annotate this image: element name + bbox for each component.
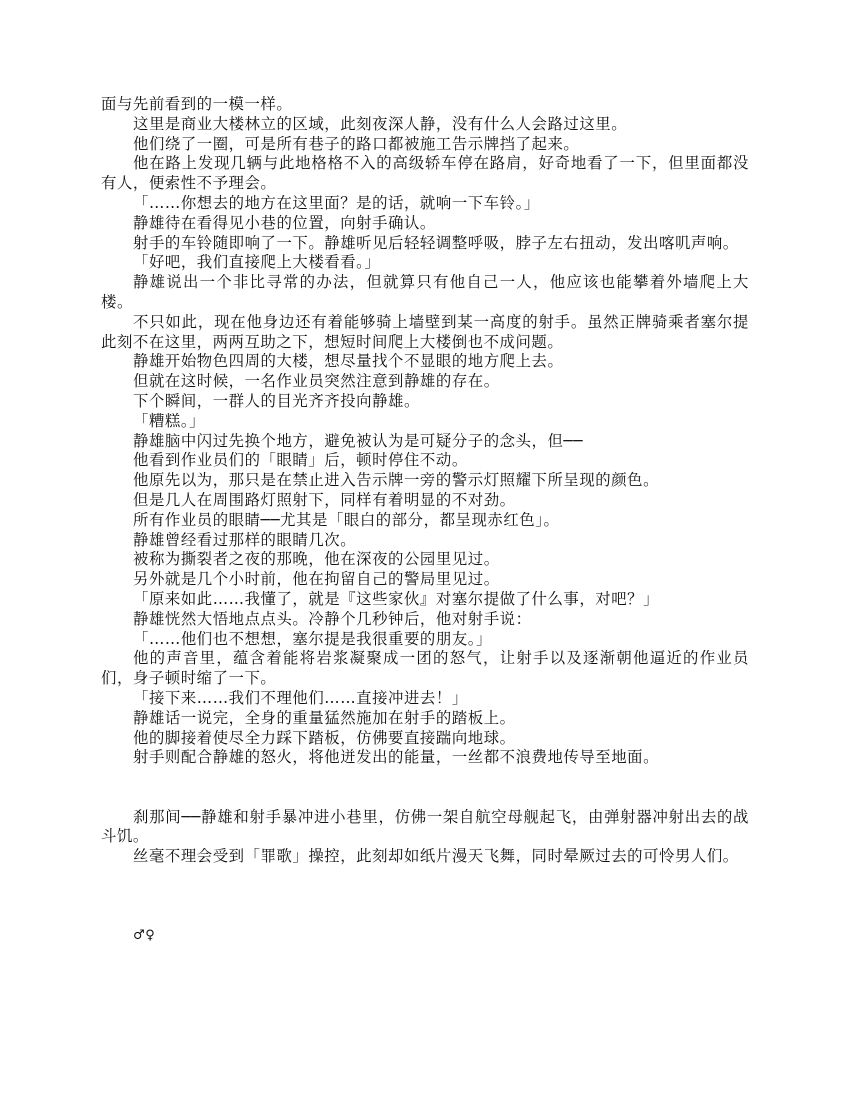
paragraph: 「接下来……我们不理他们……直接冲进去！」	[101, 689, 749, 709]
paragraph: 这里是商业大楼林立的区域，此刻夜深人静，没有什么人会路过这里。	[101, 115, 749, 135]
paragraph: 「……你想去的地方在这里面？是的话，就响一下车铃。」	[101, 194, 749, 214]
paragraph: 静雄待在看得见小巷的位置，向射手确认。	[101, 214, 749, 234]
paragraph: 静雄恍然大悟地点点头。冷静个几秒钟后，他对射手说：	[101, 610, 749, 630]
paragraph: 被称为撕裂者之夜的那晚，他在深夜的公园里见过。	[101, 550, 749, 570]
paragraph: 静雄说出一个非比寻常的办法，但就算只有他自己一人，他应该也能攀着外墙爬上大楼。	[101, 273, 749, 313]
paragraph: 但是几人在周围路灯照射下，同样有着明显的不对劲。	[101, 491, 749, 511]
paragraph: 刹那间──静雄和射手暴冲进小巷里，仿佛一架自航空母舰起飞，由弹射器冲射出去的战斗…	[101, 808, 749, 848]
paragraph: 另外就是几个小时前，他在拘留自己的警局里见过。	[101, 570, 749, 590]
paragraph: 「原来如此……我懂了，就是『这些家伙』对塞尔提做了什么事，对吧？」	[101, 590, 749, 610]
paragraph: 他原先以为，那只是在禁止进入告示牌一旁的警示灯照耀下所呈现的颜色。	[101, 471, 749, 491]
paragraph: 射手的车铃随即响了一下。静雄听见后轻轻调整呼吸，脖子左右扭动，发出喀叽声响。	[101, 234, 749, 254]
paragraph: 面与先前看到的一模一样。	[101, 95, 749, 115]
paragraph: 下个瞬间，一群人的目光齐齐投向静雄。	[101, 392, 749, 412]
section-break	[101, 867, 749, 926]
paragraph: 丝毫不理会受到「罪歌」操控，此刻却如纸片漫天飞舞，同时晕厥过去的可怜男人们。	[101, 847, 749, 867]
paragraph: 射手则配合静雄的怒火，将他迸发出的能量，一丝都不浪费地传导至地面。	[101, 748, 749, 768]
paragraph: 「糟糕。」	[101, 412, 749, 432]
paragraph: 他在路上发现几辆与此地格格不入的高级轿车停在路肩，好奇地看了一下，但里面都没有人…	[101, 154, 749, 194]
section-1: 面与先前看到的一模一样。 这里是商业大楼林立的区域，此刻夜深人静，没有什么人会路…	[101, 95, 749, 768]
paragraph: 他的声音里，蕴含着能将岩浆凝聚成一团的怒气，让射手以及逐渐朝他逼近的作业员们，身…	[101, 649, 749, 689]
paragraph: 「……他们也不想想，塞尔提是我很重要的朋友。」	[101, 630, 749, 650]
paragraph: 「好吧，我们直接爬上大楼看看。」	[101, 253, 749, 273]
paragraph: 但就在这时候，一名作业员突然注意到静雄的存在。	[101, 372, 749, 392]
document-page: 面与先前看到的一模一样。 这里是商业大楼林立的区域，此刻夜深人静，没有什么人会路…	[101, 95, 749, 946]
paragraph: 所有作业员的眼睛──尤其是「眼白的部分，都呈现赤红色」。	[101, 511, 749, 531]
paragraph: 静雄开始物色四周的大楼，想尽量找个不显眼的地方爬上去。	[101, 352, 749, 372]
paragraph: 他的脚接着使尽全力踩下踏板，仿佛要直接踹向地球。	[101, 729, 749, 749]
paragraph: 静雄脑中闪过先换个地方，避免被认为是可疑分子的念头，但──	[101, 432, 749, 452]
paragraph: 静雄曾经看过那样的眼睛几次。	[101, 531, 749, 551]
paragraph: 他们绕了一圈，可是所有巷子的路口都被施工告示牌挡了起来。	[101, 135, 749, 155]
section-2: 刹那间──静雄和射手暴冲进小巷里，仿佛一架自航空母舰起飞，由弹射器冲射出去的战斗…	[101, 808, 749, 867]
paragraph: 不只如此，现在他身边还有着能够骑上墙壁到某一高度的射手。虽然正牌骑乘者塞尔提此刻…	[101, 313, 749, 353]
paragraph: 静雄话一说完，全身的重量猛然施加在射手的踏板上。	[101, 709, 749, 729]
section-break	[101, 768, 749, 808]
paragraph: 他看到作业员们的「眼睛」后，顿时停住不动。	[101, 451, 749, 471]
gender-symbols-separator: ♂♀	[101, 926, 749, 946]
